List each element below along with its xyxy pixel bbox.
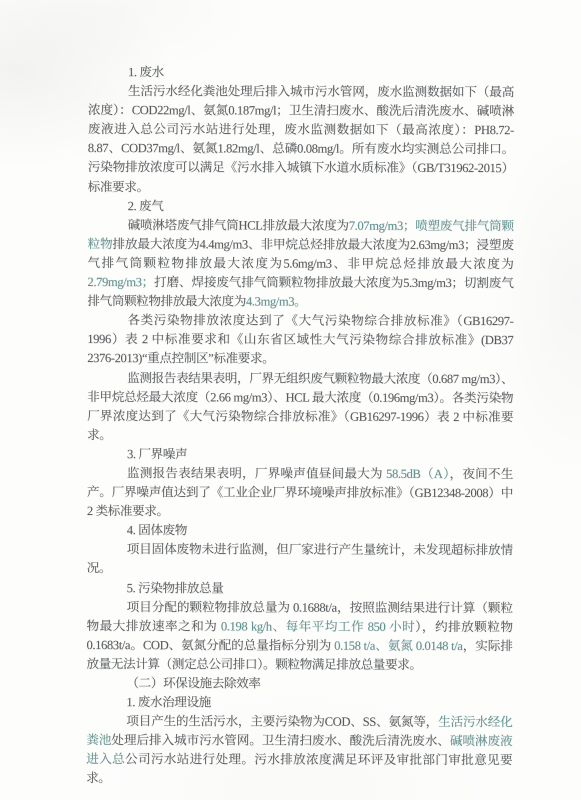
section-heading-boundary-noise: 3. 厂界噪声	[87, 445, 513, 465]
paragraph-wastewater-monitoring: 生活污水经化粪池处理后排入城市污水管网，废水监测数据如下（最高浓度）：COD22…	[88, 82, 514, 198]
text-segment: 0.198 kg/h、每年平均工作 850 小时	[221, 619, 415, 634]
text-segment: 2.79mg/m3；	[87, 275, 153, 289]
text-segment: 排放最大浓度为4.4mg/m3、非甲烷总烃排放最大浓度为2.63mg/m3；浸塑…	[87, 237, 513, 271]
paragraph-wastewater-treatment: 项目产生的生活污水，主要污染物为COD、SS、氨氮等，生活污水经化粪池处理后排入…	[86, 712, 512, 789]
paragraph-waste-gas-emissions: 碱喷淋塔废气排气筒HCL排放最大浓度为7.07mg/m3；喷塑废气排气筒颗粒物排…	[87, 216, 513, 313]
document-page: 1. 废水 生活污水经化粪池处理后排入城市污水管网，废水监测数据如下（最高浓度）…	[0, 0, 581, 800]
text-segment: 碱喷淋塔废气排气筒HCL排放最大浓度为	[128, 218, 349, 233]
section-heading-wastewater-treatment: 1. 废水治理设施	[86, 693, 512, 713]
text-segment: 处理后排入城市污水管网。卫生清扫废水、酸洗后清洗废水、	[111, 733, 450, 748]
text-segment: 58.5dB（A）	[386, 467, 450, 481]
text-segment: 0.158 t/a、氨氮 0.0148 t/a	[334, 638, 462, 652]
section-heading-wastewater: 1. 废水	[88, 63, 514, 83]
text-segment: 公司污水站进行处理。污水排放浓度满足环评及审批部门审批意见要求。	[86, 752, 512, 785]
paragraph-noise-results: 监测报告表结果表明，厂界噪声值昼间最大为 58.5dB（A），夜间不生产。厂界噪…	[87, 464, 513, 522]
paragraph-solid-waste: 项目固体废物未进行监测，但厂家进行产生量统计，未发现超标排放情况。	[87, 540, 513, 579]
section-heading-waste-gas: 2. 废气	[88, 197, 514, 217]
document-body: 1. 废水 生活污水经化粪池处理后排入城市污水管网，废水监测数据如下（最高浓度）…	[86, 63, 514, 790]
paragraph-emission-standards: 各类污染物排放浓度达到了《大气污染物综合排放标准》（GB16297-1996）表…	[87, 311, 513, 369]
paragraph-total-emissions: 项目分配的颗粒物排放总量为 0.1688t/a，按照监测结果进行计算（颗粒物最大…	[86, 598, 512, 675]
section-heading-epa-facility-efficiency: （二）环保设施去除效率	[86, 674, 512, 694]
paragraph-boundary-monitoring: 监测报告表结果表明，厂界无组织废气颗粒物最大浓度（0.687 mg/m3）、非甲…	[87, 368, 513, 445]
text-segment: 项目产生的生活污水，主要污染物为COD、SS、氨氮等，	[126, 714, 438, 729]
text-segment: 监测报告表结果表明，厂界噪声值昼间最大为	[127, 466, 386, 481]
section-heading-solid-waste: 4. 固体废物	[87, 521, 513, 541]
text-segment: 4.3mg/m3。	[246, 295, 306, 309]
section-heading-total-emissions: 5. 污染物排放总量	[87, 579, 513, 599]
